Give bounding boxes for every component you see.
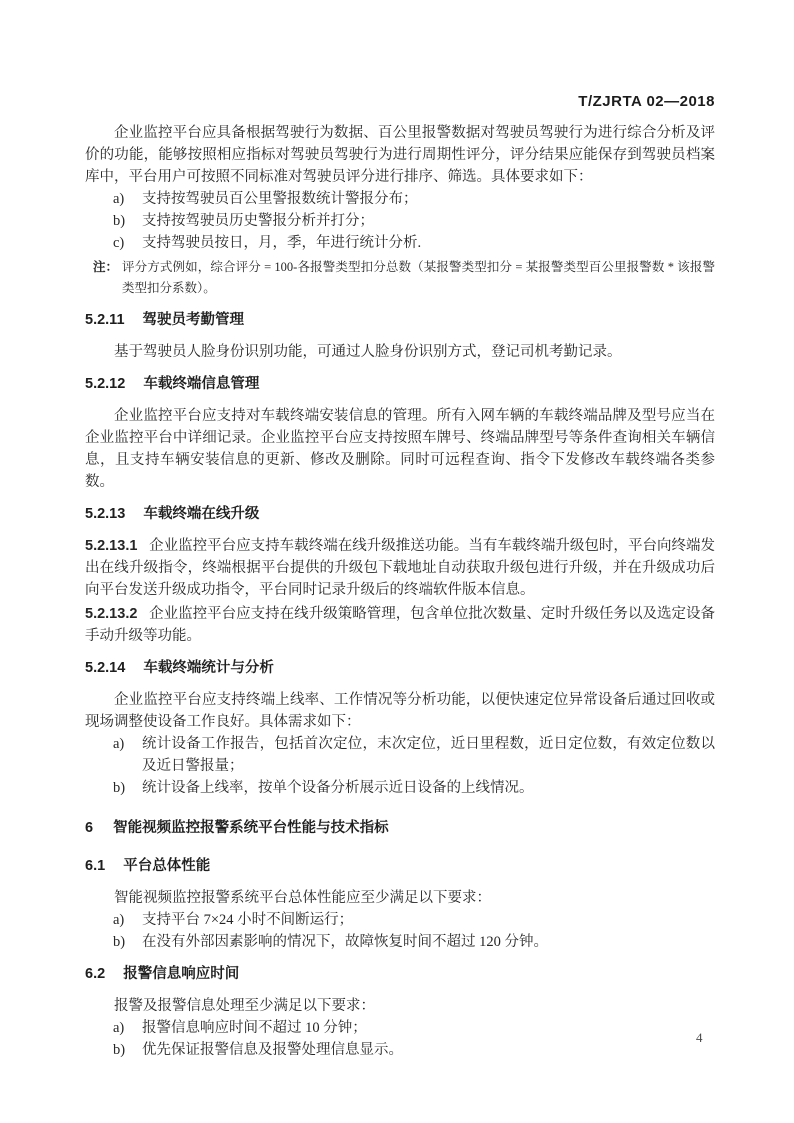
list-text: 报警信息响应时间不超过 10 分钟； [142, 1020, 367, 1036]
clause-text: 企业监控平台应支持车载终端在线升级推送功能。当有车载终端升级包时，平台向终端发出… [85, 538, 715, 598]
paragraph: 企业监控平台应支持对车载终端安装信息的管理。所有入网车辆的车载终端品牌及型号应当… [85, 405, 715, 493]
list-item: b) 优先保证报警信息及报警处理信息显示。 [85, 1039, 715, 1061]
section-number: 5.2.13 [85, 506, 125, 522]
note-text: 评分方式例如，综合评分 = 100-各报警类型扣分总数（某报警类型扣分 = 某报… [122, 260, 715, 295]
paragraph: 报警及报警信息处理至少满足以下要求： [85, 995, 715, 1017]
list-marker: b) [113, 931, 125, 953]
section-heading-5-2-11: 5.2.11 驾驶员考勤管理 [85, 309, 715, 331]
clause-paragraph-5-2-13-1: 5.2.13.1 企业监控平台应支持车载终端在线升级推送功能。当有车载终端升级包… [85, 535, 715, 601]
section-heading-5-2-12: 5.2.12 车载终端信息管理 [85, 373, 715, 395]
section-heading-5-2-13: 5.2.13 车载终端在线升级 [85, 503, 715, 525]
list-text: 支持驾驶员按日，月，季，年进行统计分析. [142, 235, 421, 251]
section-number: 6.1 [85, 858, 105, 874]
list-text: 统计设备上线率，按单个设备分析展示近日设备的上线情况。 [142, 780, 534, 796]
section-number: 5.2.12 [85, 376, 125, 392]
standard-number-header: T/ZJRTA 02—2018 [578, 93, 715, 110]
list-text: 支持平台 7×24 小时不间断运行； [142, 912, 353, 928]
section-heading-5-2-14: 5.2.14 车载终端统计与分析 [85, 657, 715, 679]
list-item: a) 报警信息响应时间不超过 10 分钟； [85, 1017, 715, 1039]
section-title: 报警信息响应时间 [123, 966, 239, 982]
page-content: 企业监控平台应具备根据驾驶行为数据、百公里报警数据对驾驶员驾驶行为进行综合分析及… [85, 122, 715, 1061]
list-text: 支持按驾驶员百公里警报数统计警报分布； [142, 191, 418, 207]
section-heading-6-2: 6.2 报警信息响应时间 [85, 963, 715, 985]
list-text: 在没有外部因素影响的情况下，故障恢复时间不超过 120 分钟。 [142, 934, 548, 950]
list-item: a) 统计设备工作报告，包括首次定位，末次定位，近日里程数，近日定位数，有效定位… [85, 733, 715, 777]
section-heading-6-1: 6.1 平台总体性能 [85, 855, 715, 877]
list-marker: b) [113, 210, 125, 232]
chapter-number: 6 [85, 820, 93, 836]
list-item: b) 统计设备上线率，按单个设备分析展示近日设备的上线情况。 [85, 777, 715, 799]
chapter-title: 智能视频监控报警系统平台性能与技术指标 [113, 820, 389, 836]
section-title: 平台总体性能 [123, 858, 210, 874]
list-text: 优先保证报警信息及报警处理信息显示。 [142, 1042, 403, 1058]
list-item: c) 支持驾驶员按日，月，季，年进行统计分析. [85, 232, 715, 254]
list-marker: a) [113, 188, 124, 210]
list-text: 支持按驾驶员历史警报分析并打分； [142, 213, 374, 229]
section-title: 车载终端统计与分析 [143, 660, 274, 676]
clause-paragraph-5-2-13-2: 5.2.13.2 企业监控平台应支持在线升级策略管理，包含单位批次数量、定时升级… [85, 603, 715, 647]
section-title: 车载终端在线升级 [143, 506, 259, 522]
list-marker: a) [113, 909, 124, 931]
list-item: b) 在没有外部因素影响的情况下，故障恢复时间不超过 120 分钟。 [85, 931, 715, 953]
section-number: 6.2 [85, 966, 105, 982]
document-page: T/ZJRTA 02—2018 企业监控平台应具备根据驾驶行为数据、百公里报警数… [0, 0, 794, 1123]
list-item: b) 支持按驾驶员历史警报分析并打分； [85, 210, 715, 232]
clause-number: 5.2.13.2 [85, 606, 137, 622]
list-item: a) 支持按驾驶员百公里警报数统计警报分布； [85, 188, 715, 210]
paragraph: 企业监控平台应支持终端上线率、工作情况等分析功能，以便快速定位异常设备后通过回收… [85, 689, 715, 733]
page-number: 4 [696, 1030, 703, 1046]
list-marker: c) [113, 232, 124, 254]
list-marker: b) [113, 1039, 125, 1061]
paragraph: 基于驾驶员人脸身份识别功能，可通过人脸身份识别方式，登记司机考勤记录。 [85, 341, 715, 363]
clause-text: 企业监控平台应支持在线升级策略管理，包含单位批次数量、定时升级任务以及选定设备手… [85, 606, 715, 644]
note-label: 注： [93, 257, 118, 278]
section-title: 车载终端信息管理 [143, 376, 259, 392]
list-item: a) 支持平台 7×24 小时不间断运行； [85, 909, 715, 931]
section-number: 5.2.14 [85, 660, 125, 676]
list-marker: a) [113, 733, 124, 755]
intro-paragraph: 企业监控平台应具备根据驾驶行为数据、百公里报警数据对驾驶员驾驶行为进行综合分析及… [85, 122, 715, 188]
note-block: 注： 评分方式例如，综合评分 = 100-各报警类型扣分总数（某报警类型扣分 =… [85, 257, 715, 299]
section-title: 驾驶员考勤管理 [143, 312, 245, 328]
list-marker: a) [113, 1017, 124, 1039]
section-number: 5.2.11 [85, 312, 125, 328]
chapter-heading-6: 6 智能视频监控报警系统平台性能与技术指标 [85, 817, 715, 839]
list-text: 统计设备工作报告，包括首次定位，末次定位，近日里程数，近日定位数，有效定位数以及… [142, 736, 715, 774]
paragraph: 智能视频监控报警系统平台总体性能应至少满足以下要求： [85, 887, 715, 909]
list-marker: b) [113, 777, 125, 799]
clause-number: 5.2.13.1 [85, 538, 137, 554]
